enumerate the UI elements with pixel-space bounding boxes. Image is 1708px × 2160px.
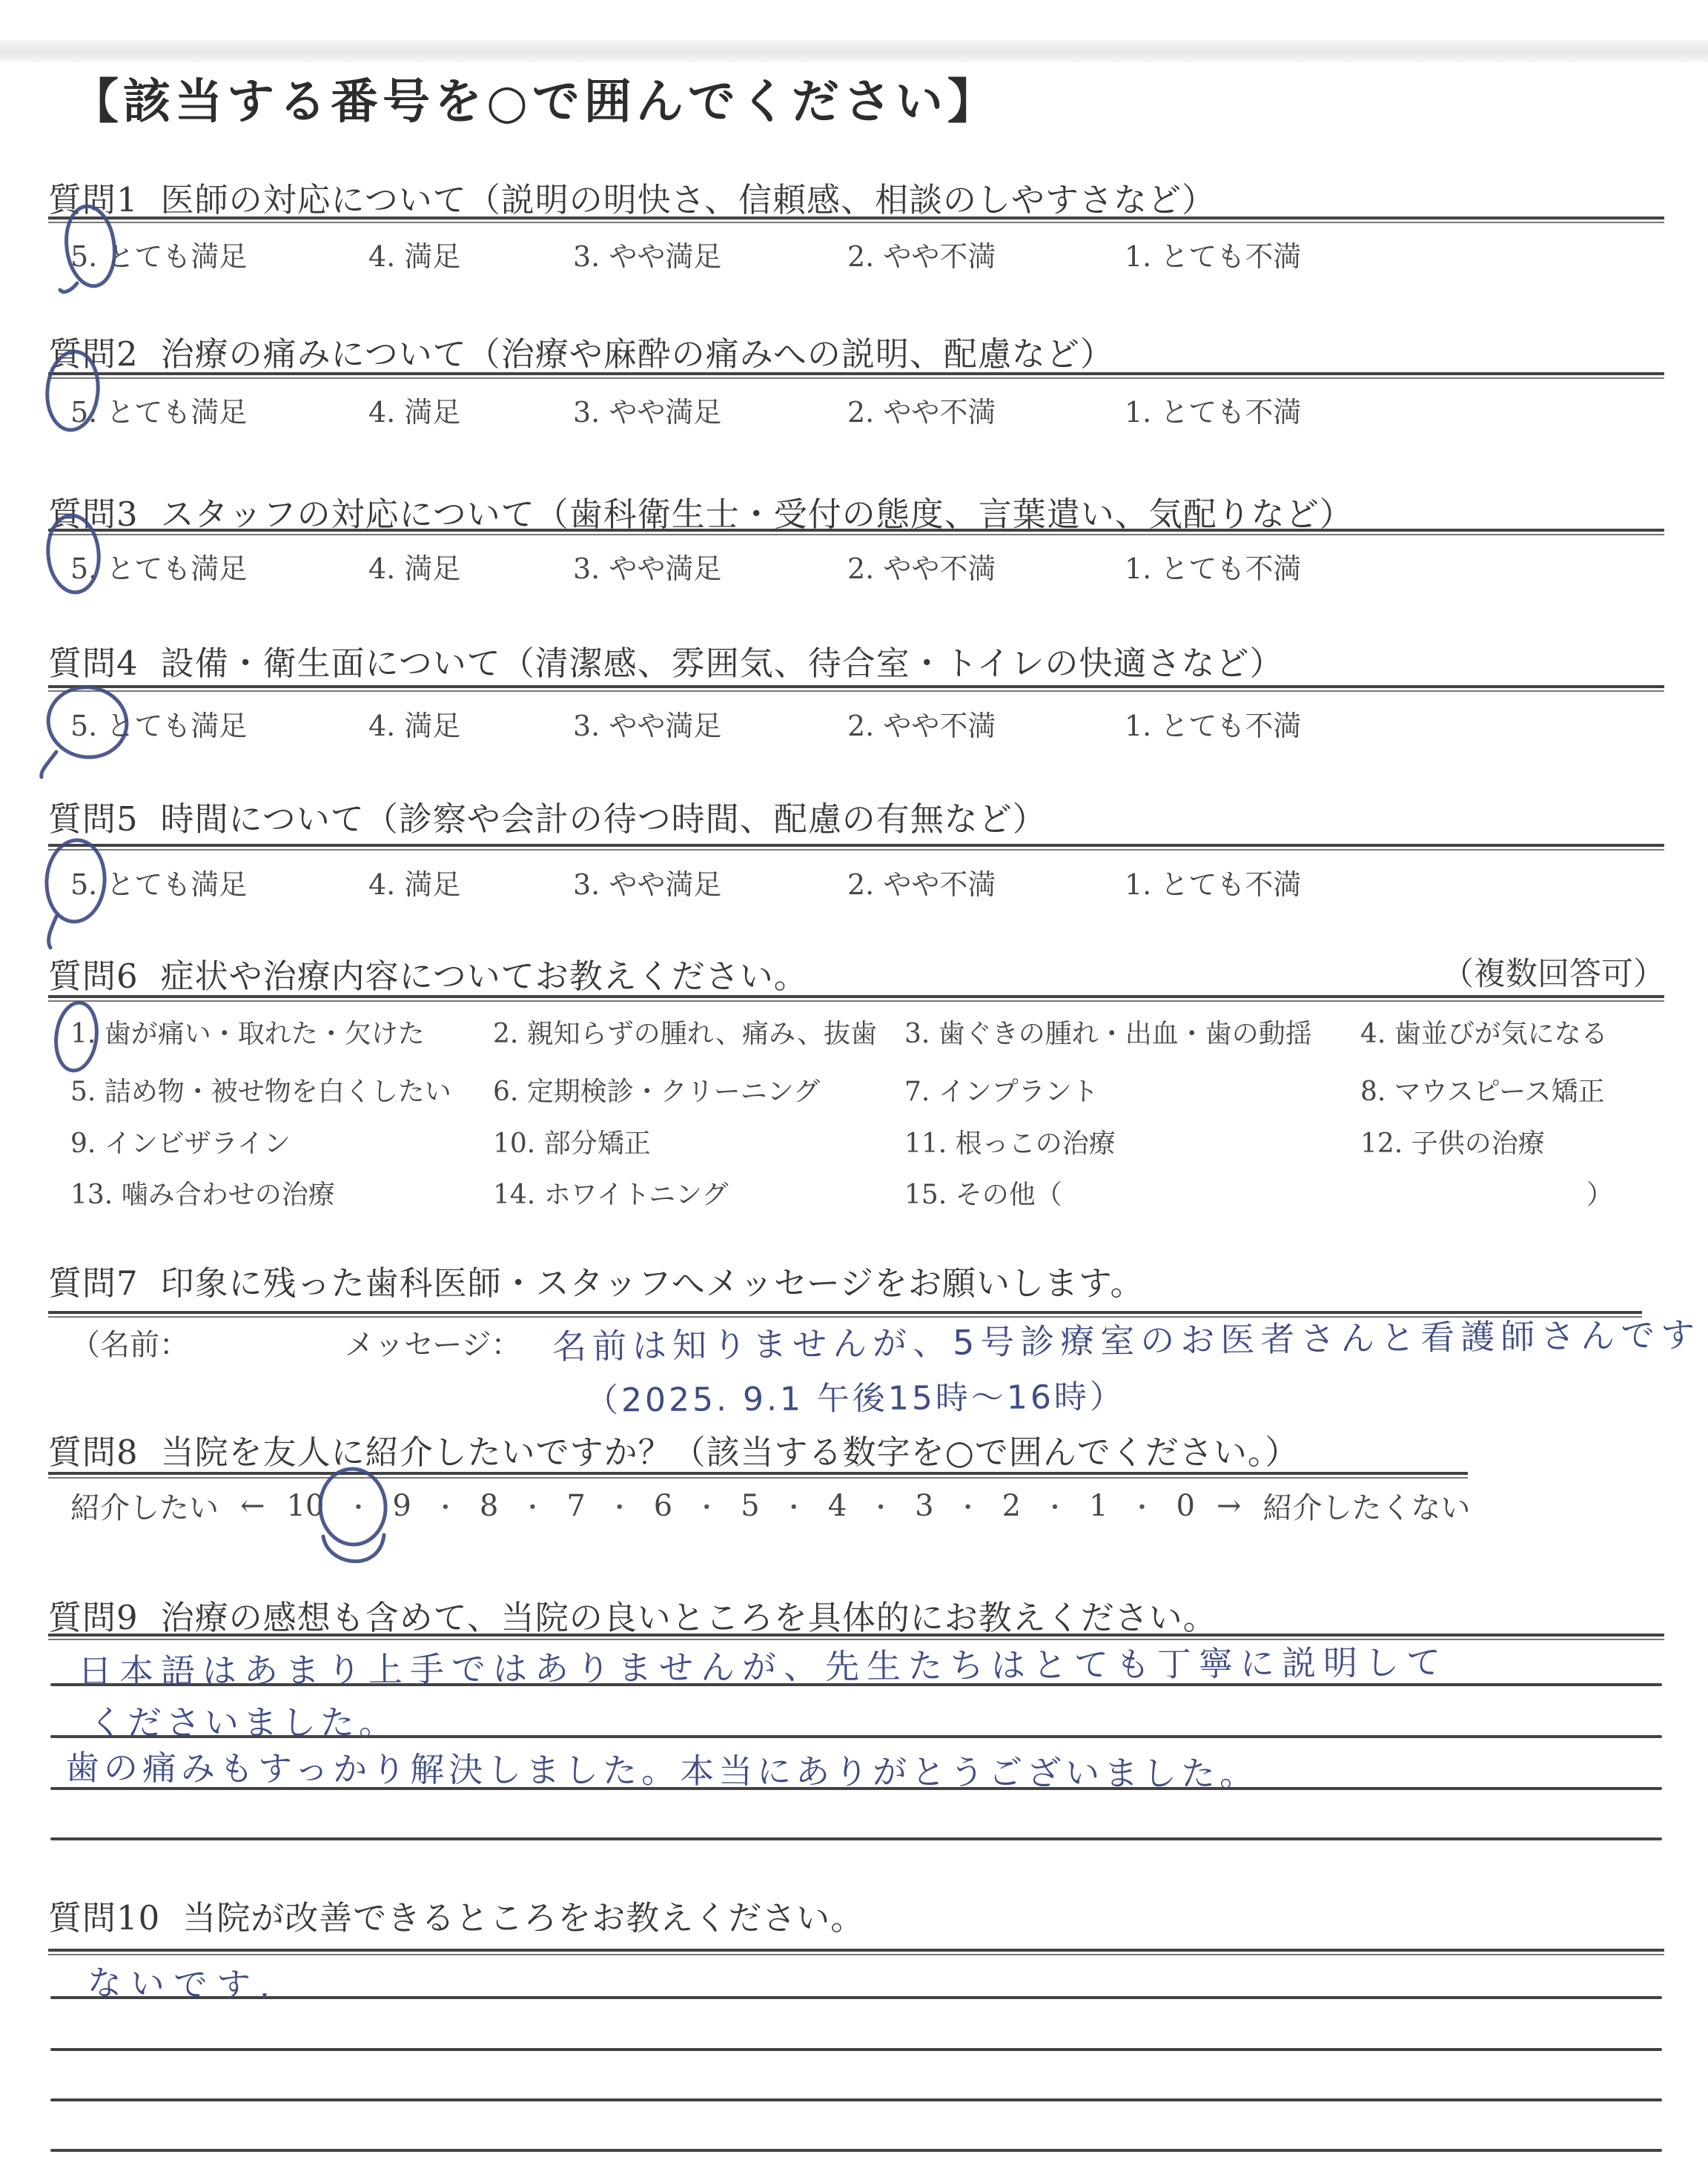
q4-underline (48, 685, 1664, 692)
q4-selected-circle (34, 681, 139, 780)
q8-dot: ・ (520, 1487, 545, 1524)
q8-dot: ・ (607, 1487, 632, 1524)
q2-option-1: 1. とても不満 (1125, 389, 1301, 430)
q8-number-3: 3 (915, 1489, 933, 1523)
q10-label: 質問10 (48, 1898, 160, 1938)
q6-option-5: 5. 詰め物・被せ物を白くしたい (70, 1071, 451, 1109)
q5-options: 5. とても満足 4. 満足 3. やや満足 2. やや不満 1. とても不満 (48, 862, 1664, 900)
q5-selected-circle (39, 835, 117, 954)
q8-dot: ・ (781, 1487, 807, 1524)
q7-label: 質問7 (48, 1264, 139, 1303)
q8-number-1: 1 (1089, 1489, 1108, 1523)
q10-handwriting-answer: ないです. (87, 1956, 279, 2009)
scanned-survey-page: { "colors": { "paper": "#ffffff", "print… (0, 0, 1708, 2160)
q8-dot: ・ (1130, 1487, 1155, 1524)
scan-edge-band (0, 40, 1708, 62)
q2-underline (48, 372, 1664, 379)
q1-heading: 質問1医師の対応について（説明の明快さ、信頼感、相談のしやすさなど） (48, 173, 1216, 221)
q7-name-label: （名前： (70, 1321, 189, 1364)
q6-selected-circle (49, 998, 108, 1083)
q8-right-arrow: → (1217, 1489, 1242, 1523)
q8-number-9: 9 (392, 1489, 411, 1523)
q2-option-3: 3. やや満足 (573, 389, 721, 430)
q4-option-2: 2. やや不満 (847, 703, 996, 744)
q2-options: 5. とても満足 4. 満足 3. やや満足 2. やや不満 1. とても不満 (48, 389, 1664, 428)
q9-handwriting-line3: 歯の痛みもすっかり解決しました。本当にありがとうございました。 (65, 1741, 1259, 1796)
q3-option-3: 3. やや満足 (573, 546, 721, 587)
q8-left-arrow: ← (240, 1489, 265, 1523)
q10-underline (48, 1949, 1664, 1955)
q10-answer-line-2 (50, 2048, 1662, 2051)
q2-title: 治療の痛みについて（治療や麻酔の痛みへの説明、配慮など） (161, 334, 1114, 374)
q3-options: 5. とても満足 4. 満足 3. やや満足 2. やや不満 1. とても不満 (48, 546, 1664, 584)
q10-heading: 質問10当院が改善できるところをお教えください。 (48, 1891, 864, 1939)
q1-option-3: 3. やや満足 (573, 234, 721, 274)
q6-heading: 質問6症状や治療内容についてお教えください。 (48, 949, 808, 997)
q4-option-1: 1. とても不満 (1125, 703, 1301, 744)
q10-title: 当院が改善できるところをお教えください。 (182, 1898, 864, 1938)
q4-option-3: 3. やや満足 (573, 703, 721, 744)
q9-answer-line-4 (50, 1837, 1662, 1840)
q6-option-14: 14. ホワイトニング (493, 1174, 728, 1212)
q5-underline (48, 844, 1664, 851)
q5-option-2: 2. やや不満 (847, 862, 996, 902)
q9-title: 治療の感想も含めて、当院の良いところを具体的にお教えください。 (161, 1598, 1217, 1637)
q2-selected-circle (40, 346, 105, 439)
q6-option-11: 11. 根っこの治療 (904, 1123, 1116, 1160)
q8-underline (48, 1472, 1468, 1479)
q8-dot: ・ (694, 1487, 719, 1524)
q4-options: 5. とても満足 4. 満足 3. やや満足 2. やや不満 1. とても不満 (48, 703, 1664, 742)
q8-number-4: 4 (828, 1489, 847, 1523)
q8-number-8: 8 (480, 1489, 498, 1523)
q10-answer-line-1 (50, 1996, 1662, 1999)
q8-dot: ・ (433, 1487, 458, 1524)
q3-underline (48, 529, 1664, 535)
q10-answer-line-3 (50, 2098, 1662, 2101)
q6-row-1: 1. 歯が痛い・取れた・欠けた 2. 親知らずの腫れ、痛み、抜歯 3. 歯ぐきの… (48, 1013, 1664, 1050)
q4-label: 質問4 (48, 644, 139, 683)
q2-option-4: 4. 満足 (368, 389, 460, 430)
q1-options: 5. とても満足 4. 満足 3. やや満足 2. やや不満 1. とても不満 (48, 234, 1664, 272)
q8-selected-circle (314, 1465, 394, 1579)
q8-dot: ・ (868, 1487, 893, 1524)
q8-number-6: 6 (654, 1489, 672, 1523)
q10-answer-line-4 (50, 2149, 1662, 2152)
q7-heading: 質問7印象に残った歯科医師・スタッフへメッセージをお願いします。 (48, 1256, 1144, 1304)
q3-option-4: 4. 満足 (368, 546, 460, 587)
q6-option-4: 4. 歯並びが気になる (1360, 1013, 1608, 1051)
q7-title: 印象に残った歯科医師・スタッフへメッセージをお願いします。 (161, 1264, 1145, 1303)
q6-row-3: 9. インビザライン 10. 部分矯正 11. 根っこの治療 12. 子供の治療 (48, 1123, 1664, 1160)
q9-handwriting-line1: 日本語はあまり上手ではありませんが、先生たちはとても丁寧に説明して (78, 1636, 1448, 1694)
q4-title: 設備・衛生面について（清潔感、雰囲気、待合室・トイレの快適さなど） (161, 644, 1284, 683)
q3-selected-circle (42, 509, 107, 602)
q8-left-label: 紹介したい (70, 1484, 219, 1527)
q5-option-4: 4. 満足 (368, 862, 460, 902)
q1-title: 医師の対応について（説明の明快さ、信頼感、相談のしやすさなど） (161, 180, 1216, 219)
q7-message-handwriting-line2: （2025. 9.1 午後15時～16時） (586, 1370, 1125, 1421)
q9-handwriting-line2: くださいました。 (89, 1696, 397, 1745)
q6-option-13: 13. 噛み合わせの治療 (70, 1174, 335, 1212)
q6-option-6: 6. 定期検診・クリーニング (493, 1071, 820, 1109)
q6-row-2: 5. 詰め物・被せ物を白くしたい 6. 定期検診・クリーニング 7. インプラン… (48, 1071, 1664, 1108)
q6-label: 質問6 (48, 957, 139, 996)
q1-option-4: 4. 満足 (368, 234, 460, 274)
q5-option-1: 1. とても不満 (1125, 862, 1301, 902)
q6-option-1: 1. 歯が痛い・取れた・欠けた (70, 1013, 425, 1051)
q8-number-0: 0 (1176, 1489, 1195, 1523)
q2-heading: 質問2治療の痛みについて（治療や麻酔の痛みへの説明、配慮など） (48, 327, 1114, 375)
q9-label: 質問9 (48, 1598, 139, 1637)
q6-option-15: 15. その他（ (904, 1174, 1062, 1212)
q8-heading: 質問8当院を友人に紹介したいですか？（該当する数字を○で囲んでください。） (48, 1425, 1299, 1473)
q8-nps-scale: 紹介したい ← 10 ・ 9 ・ 8 ・ 7 ・ 6 ・ 5 ・ 4 ・ 3 ・… (70, 1484, 1470, 1527)
q5-option-3: 3. やや満足 (573, 862, 721, 902)
q6-option-10: 10. 部分矯正 (493, 1123, 651, 1160)
page-title: 【該当する番号を○で囲んでください】 (71, 64, 999, 132)
q6-option-7: 7. インプラント (904, 1071, 1099, 1109)
q7-message-label: メッセージ： (345, 1321, 521, 1364)
q9-heading: 質問9治療の感想も含めて、当院の良いところを具体的にお教えください。 (48, 1591, 1217, 1639)
q6-option-2: 2. 親知らずの腫れ、痛み、抜歯 (493, 1013, 877, 1051)
q8-dot: ・ (956, 1487, 981, 1524)
q8-right-label: 紹介したくない (1262, 1484, 1470, 1527)
q5-label: 質問5 (48, 799, 139, 839)
q6-title: 症状や治療内容についてお教えください。 (161, 957, 808, 996)
q6-option-15-close-paren: ） (1586, 1174, 1613, 1212)
q1-selected-circle (58, 200, 122, 298)
q6-option-9: 9. インビザライン (70, 1123, 291, 1160)
q8-number-5: 5 (741, 1489, 759, 1523)
q8-dot: ・ (1042, 1487, 1067, 1524)
q4-heading: 質問4設備・衛生面について（清潔感、雰囲気、待合室・トイレの快適さなど） (48, 636, 1284, 684)
q6-underline (48, 995, 1664, 1002)
q4-option-4: 4. 満足 (368, 703, 460, 744)
q1-option-2: 2. やや不満 (847, 234, 996, 274)
q1-underline (48, 217, 1664, 223)
q6-option-12: 12. 子供の治療 (1360, 1123, 1545, 1160)
q5-title: 時間について（診察や会計の待つ時間、配慮の有無など） (161, 799, 1047, 839)
q8-number-2: 2 (1002, 1489, 1021, 1523)
q6-option-3: 3. 歯ぐきの腫れ・出血・歯の動揺 (904, 1013, 1312, 1051)
q8-number-7: 7 (566, 1489, 585, 1523)
q1-option-1: 1. とても不満 (1125, 234, 1301, 274)
q5-heading: 質問5時間について（診察や会計の待つ時間、配慮の有無など） (48, 792, 1047, 840)
q6-option-8: 8. マウスピース矯正 (1360, 1071, 1604, 1109)
q8-label: 質問8 (48, 1433, 139, 1472)
q2-option-2: 2. やや不満 (847, 389, 996, 430)
q3-option-1: 1. とても不満 (1125, 546, 1301, 587)
q6-multi-answer-note: （複数回答可） (1442, 949, 1665, 994)
q6-row-4: 13. 噛み合わせの治療 14. ホワイトニング 15. その他（ ） (48, 1174, 1664, 1211)
q3-option-2: 2. やや不満 (847, 546, 996, 587)
